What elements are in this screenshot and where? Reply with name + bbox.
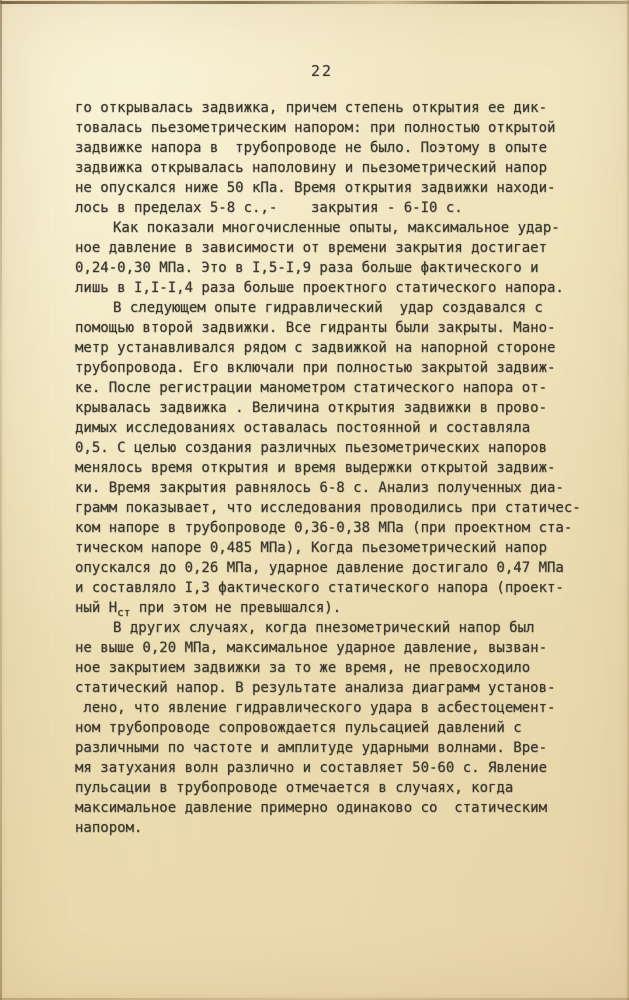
text-line: различными по частоте и амплитуде ударны… (75, 738, 615, 758)
text-line: задвижка открывалась наполовину и пьезом… (75, 158, 615, 178)
text-line: ке. После регистрации манометром статиче… (75, 378, 615, 398)
text-line: задвижке напора в трубопроводе не было. … (75, 138, 615, 158)
text-line: ки. Время закрытия равнялось 6-8 с. Анал… (75, 478, 615, 498)
text-line: ное закрытием задвижки за то же время, н… (75, 658, 615, 678)
text-line: В других случаях, когда пнезометрический… (75, 618, 615, 638)
text-line-with-subscript: ный Нст при этом не превышался). (75, 598, 615, 618)
text-line: и составляло I,3 фактического статическо… (75, 578, 615, 598)
page-number: 22 (0, 62, 629, 80)
paragraph-4: В других случаях, когда пнезометрический… (75, 618, 615, 838)
text-line: не выше 0,20 МПа, максимальное ударное д… (75, 638, 615, 658)
text-line: максимальное давление примерно одинаково… (75, 798, 615, 818)
text-line: напором. (75, 818, 615, 838)
text-line: лишь в I,I-I,4 раза больше проектного ст… (75, 278, 615, 298)
text-line: помощью второй задвижки. Все гидранты бы… (75, 318, 615, 338)
scan-edge-top (0, 1, 629, 4)
text-line: димых исследованиях оставалась постоянно… (75, 418, 615, 438)
hst-post: при этом не превышался). (130, 600, 341, 616)
scanned-page: 22 го открывалась задвижка, причем степе… (0, 0, 629, 1000)
paragraph-continuation: го открывалась задвижка, причем степень … (75, 98, 615, 218)
paragraph-3: В следующем опыте гидравлический удар со… (75, 298, 615, 618)
text-line: товалась пьезометрическим напором: при п… (75, 118, 615, 138)
text-line: тическом напоре 0,485 МПа), Когда пьезом… (75, 538, 615, 558)
text-line: В следующем опыте гидравлический удар со… (75, 298, 615, 318)
hst-subscript: ст (117, 606, 130, 619)
paragraph-2: Как показали многочисленные опыты, макси… (75, 218, 615, 298)
text-line: ном трубопроводе сопровождается пульсаци… (75, 718, 615, 738)
text-line: грамм показывает, что исследования прово… (75, 498, 615, 518)
text-line: Как показали многочисленные опыты, макси… (75, 218, 615, 238)
text-line: опускался до 0,26 МПа, ударное давление … (75, 558, 615, 578)
text-line: крывалась задвижка . Величина открытия з… (75, 398, 615, 418)
text-line: го открывалась задвижка, причем степень … (75, 98, 615, 118)
text-block: го открывалась задвижка, причем степень … (75, 98, 615, 838)
text-line: мя затухания волн различно и составляет … (75, 758, 615, 778)
text-line: трубопровода. Его включали при полностью… (75, 358, 615, 378)
text-line: ное давление в зависимости от времени за… (75, 238, 615, 258)
text-line: статический напор. В результате анализа … (75, 678, 615, 698)
text-line: менялось время открытия и время выдержки… (75, 458, 615, 478)
text-line: лено, что явление гидравлического удара … (75, 698, 615, 718)
text-line: ком напоре в трубопроводе 0,36-0,38 МПа … (75, 518, 615, 538)
hst-pre: ный Н (75, 600, 117, 616)
text-line: метр устанавливался рядом с задвижкой на… (75, 338, 615, 358)
text-line: 0,24-0,30 МПа. Это в I,5-I,9 раза больше… (75, 258, 615, 278)
text-line: не опускался ниже 50 кПа. Время открытия… (75, 178, 615, 198)
text-line: 0,5. С целью создания различных пьезомет… (75, 438, 615, 458)
text-line: пульсации в трубопроводе отмечается в сл… (75, 778, 615, 798)
text-line: лось в пределах 5-8 с.,- закрытия - 6-I0… (75, 198, 615, 218)
scan-edge-left (0, 0, 2, 1000)
